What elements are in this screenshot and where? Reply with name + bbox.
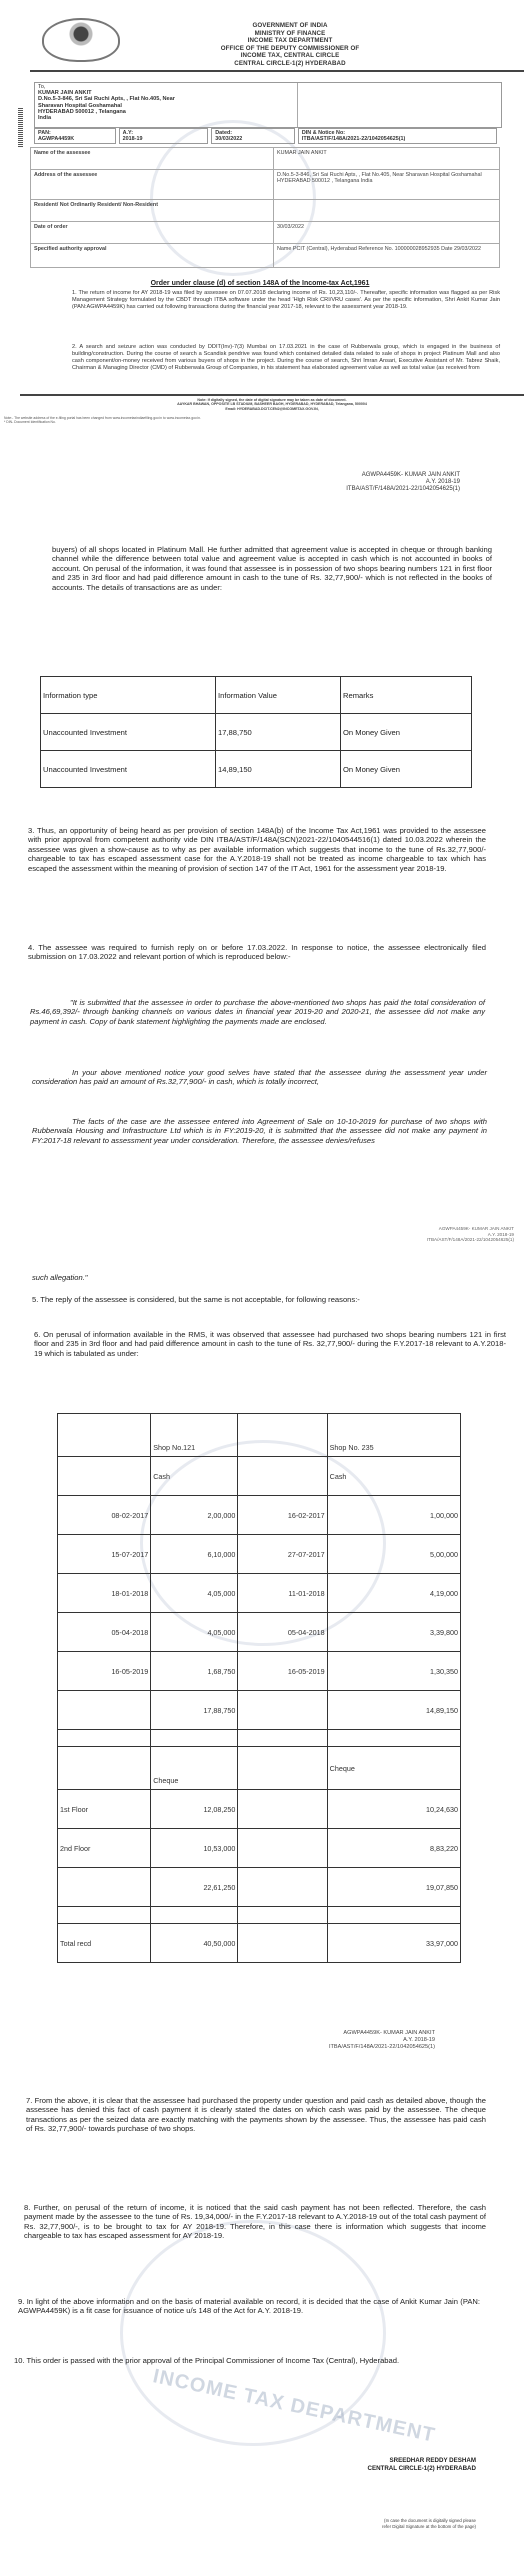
letterhead-line: GOVERNMENT OF INDIA	[140, 22, 440, 30]
information-table: Information type Information Value Remar…	[40, 676, 472, 788]
letterhead-line: OFFICE OF THE DEPUTY COMMISSIONER OF	[140, 45, 440, 53]
portal-note: Note:- The website address of the e-fili…	[4, 416, 504, 424]
table-row: 1st Floor12,08,25010,24,630	[58, 1790, 461, 1829]
paragraph-7: 7. From the above, it is clear that the …	[26, 2096, 486, 2134]
table-spacer-row	[58, 1907, 461, 1924]
letterhead-line: MINISTRY OF FINANCE	[140, 30, 440, 38]
addressee-block: To, KUMAR JAIN ANKIT D.No.5-3-846, Sri S…	[38, 84, 296, 121]
watermark-text: INCOME TAX DEPARTMENT	[151, 2365, 438, 2447]
table-total-row: 22,61,25019,07,850	[58, 1868, 461, 1907]
page-reference: AGWPA4459K- KUMAR JAIN ANKITA.Y. 2018-19…	[260, 2030, 435, 2050]
table-row: 18-01-20184,05,00011-01-20184,19,000	[58, 1574, 461, 1613]
table-row: Unaccounted Investment 17,88,750 On Mone…	[41, 714, 472, 751]
paragraph-9: 9. In light of the above information and…	[18, 2297, 480, 2316]
table-grand-total-row: Total recd40,50,00033,97,000	[58, 1924, 461, 1963]
table-subheader-row: Cheque Cheque	[58, 1747, 461, 1790]
table-row: 15-07-20176,10,00027-07-20175,00,000	[58, 1535, 461, 1574]
table-row: 05-04-20184,05,00005-04-20183,39,800	[58, 1613, 461, 1652]
letterhead-line: INCOME TAX, CENTRAL CIRCLE	[140, 52, 440, 60]
paragraph-3: 3. Thus, an opportunity of being heard a…	[28, 826, 486, 873]
details-row: Resident/ Not Ordinarily Resident/ Non-R…	[31, 200, 500, 222]
order-title: Order under clause (d) of section 148A o…	[60, 280, 460, 287]
letterhead-line: CENTRAL CIRCLE-1(2) HYDERABAD	[140, 60, 440, 68]
footer-divider	[20, 394, 524, 396]
details-row: Date of order30/03/2022	[31, 222, 500, 244]
table-row: 2nd Floor10,53,0008,83,220	[58, 1829, 461, 1868]
paragraph-2-continued: buyers) of all shops located in Platinum…	[52, 545, 492, 592]
paragraph-2: 2. A search and seizure action was condu…	[72, 344, 500, 372]
paragraph-10: 10. This order is passed with the prior …	[14, 2356, 480, 2365]
dated-cell: Dated:30/03/2022	[211, 128, 295, 144]
notice-info-row: PAN:AGWPA4459K A.Y:2018-19 Dated:30/03/2…	[34, 128, 500, 144]
quoted-reply-2: In your above mentioned notice your good…	[32, 1068, 487, 1087]
page-reference: AGWPA4459K- KUMAR JAIN ANKITA.Y. 2018-19…	[300, 1226, 514, 1243]
quoted-reply-1: "It is submitted that the assessee in or…	[30, 998, 485, 1026]
paragraph-4: 4. The assessee was required to furnish …	[28, 943, 486, 962]
paragraph-6: 6. On perusal of information available i…	[34, 1330, 506, 1358]
pan-cell: PAN:AGWPA4459K	[34, 128, 116, 144]
signatory-name: SREEDHAR REDDY DESHAM	[300, 2457, 476, 2465]
din-cell: DIN & Notice No:ITBA/AST/F/148A/2021-22/…	[298, 128, 497, 144]
quoted-reply-4: such allegation."	[32, 1273, 492, 1282]
paragraph-1: 1. The return of income for AY 2018-19 w…	[72, 290, 500, 311]
details-row: Name of the assesseeKUMAR JAIN ANKIT	[31, 148, 500, 170]
table-row: 16-05-20191,68,75016-05-20191,30,350	[58, 1652, 461, 1691]
assessee-details-table: Name of the assesseeKUMAR JAIN ANKIT Add…	[30, 147, 500, 268]
table-header-row: Information type Information Value Remar…	[41, 677, 472, 714]
paragraph-5: 5. The reply of the assessee is consider…	[32, 1295, 492, 1304]
table-row: 08-02-20172,00,00016-02-20171,00,000	[58, 1496, 461, 1535]
letterhead-line: INCOME TAX DEPARTMENT	[140, 37, 440, 45]
table-spacer-row	[58, 1730, 461, 1747]
digital-signature-note: (In case the document is digitally signe…	[300, 2518, 476, 2529]
table-row: Unaccounted Investment 14,89,150 On Mone…	[41, 751, 472, 788]
table-header-row: Shop No.121 Shop No. 235	[58, 1414, 461, 1457]
letterhead: GOVERNMENT OF INDIA MINISTRY OF FINANCE …	[140, 22, 440, 68]
shop-payment-table: Shop No.121 Shop No. 235 Cash Cash 08-02…	[57, 1413, 461, 1963]
details-row: Address of the assesseeD.No.5-3-846, Sri…	[31, 170, 500, 200]
addressee-country: India	[38, 115, 296, 121]
government-emblem-icon	[42, 18, 120, 62]
signatory-office: CENTRAL CIRCLE-1(2) HYDERABAD	[300, 2465, 476, 2473]
barcode-icon	[18, 108, 23, 148]
ay-cell: A.Y:2018-19	[119, 128, 209, 144]
header-divider	[30, 70, 524, 72]
page-reference: AGWPA4459K- KUMAR JAIN ANKITA.Y. 2018-19…	[280, 472, 460, 494]
signature-block: SREEDHAR REDDY DESHAM CENTRAL CIRCLE-1(2…	[300, 2457, 476, 2473]
details-row: Specified authority approvalName PCIT (C…	[31, 244, 500, 268]
quoted-reply-3: The facts of the case are the assessee e…	[32, 1117, 487, 1145]
table-subheader-row: Cash Cash	[58, 1457, 461, 1496]
page-footer: Note: If digitally signed, the date of d…	[20, 398, 524, 411]
paragraph-8: 8. Further, on perusal of the return of …	[24, 2203, 486, 2241]
table-total-row: 17,88,75014,89,150	[58, 1691, 461, 1730]
